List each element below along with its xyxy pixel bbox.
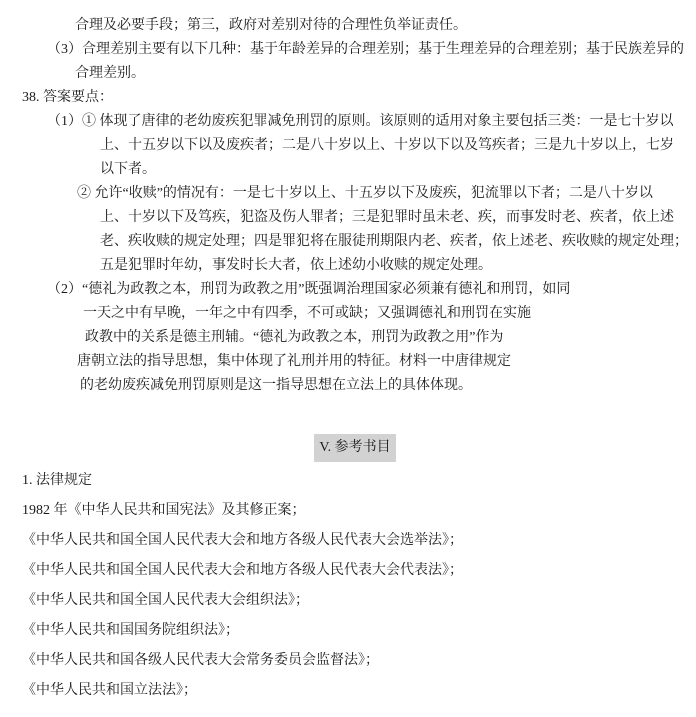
- answer-line: 唐朝立法的指导思想，集中体现了礼刑并用的特征。材料一中唐律规定: [0, 350, 696, 374]
- question-38-heading: 38. 答案要点：: [0, 86, 696, 110]
- answer-line: 五是犯罪时年幼，事发时长大者，依上述幼小收赎的规定处理。: [0, 254, 696, 278]
- answer-line: 的老幼废疾减免刑罚原则是这一指导思想在立法上的具体体现。: [0, 374, 696, 398]
- reference-item: 《中华人民共和国国务院组织法》；: [0, 616, 696, 646]
- reference-item: 《中华人民共和国全国人民代表大会组织法》；: [0, 586, 696, 616]
- answer-line: 上、十五岁以下以及废疾者；二是八十岁以上、十岁以下以及笃疾者；三是九十岁以上，七…: [0, 134, 696, 158]
- section-header-bibliography: V. 参考书目: [314, 434, 395, 462]
- answer-line: 合理及必要手段；第三，政府对差别对待的合理性负举证责任。: [0, 14, 696, 38]
- reference-item: 《中华人民共和国各级人民代表大会常务委员会监督法》；: [0, 646, 696, 676]
- answer-line-item-1-sub-1: （1）① 体现了唐律的老幼废疾犯罪减免刑罚的原则。该原则的适用对象主要包括三类：…: [0, 110, 696, 134]
- answer-line: 老、疾收赎的规定处理；四是罪犯将在服徒刑期限内老、疾者，依上述老、疾收赎的规定处…: [0, 230, 696, 254]
- answer-line: 合理差别。: [0, 62, 696, 86]
- reference-item: 《中华人民共和国立法法》；: [0, 676, 696, 706]
- answer-line-item-3: （3）合理差别主要有以下几种：基于年龄差异的合理差别；基于生理差异的合理差别；基…: [0, 38, 696, 62]
- document-page: 合理及必要手段；第三，政府对差别对待的合理性负举证责任。 （3）合理差别主要有以…: [0, 0, 696, 717]
- reference-item: 《中华人民共和国全国人民代表大会和地方各级人民代表大会选举法》；: [0, 526, 696, 556]
- answer-line: 上、十岁以下及笃疾，犯盗及伤人罪者；三是犯罪时虽未老、疾，而事发时老、疾者，依上…: [0, 206, 696, 230]
- section-header-row: V. 参考书目: [0, 434, 696, 460]
- answer-line-item-1-sub-2: ② 允许“收赎”的情况有：一是七十岁以上、十五岁以下及废疾，犯流罪以下者；二是八…: [0, 182, 696, 206]
- reference-item: 《中华人民共和国全国人民代表大会和地方各级人民代表大会代表法》；: [0, 556, 696, 586]
- answer-line: 以下者。: [0, 158, 696, 182]
- references-heading: 1. 法律规定: [0, 466, 696, 496]
- answer-line-item-2: （2）“德礼为政教之本，刑罚为政教之用”既强调治理国家必须兼有德礼和刑罚，如同: [0, 278, 696, 302]
- answer-line: 一天之中有早晚，一年之中有四季，不可或缺；又强调德礼和刑罚在实施: [0, 302, 696, 326]
- reference-item: 1982 年《中华人民共和国宪法》及其修正案；: [0, 496, 696, 526]
- answer-line: 政教中的关系是德主刑辅。“德礼为政教之本，刑罚为政教之用”作为: [0, 326, 696, 350]
